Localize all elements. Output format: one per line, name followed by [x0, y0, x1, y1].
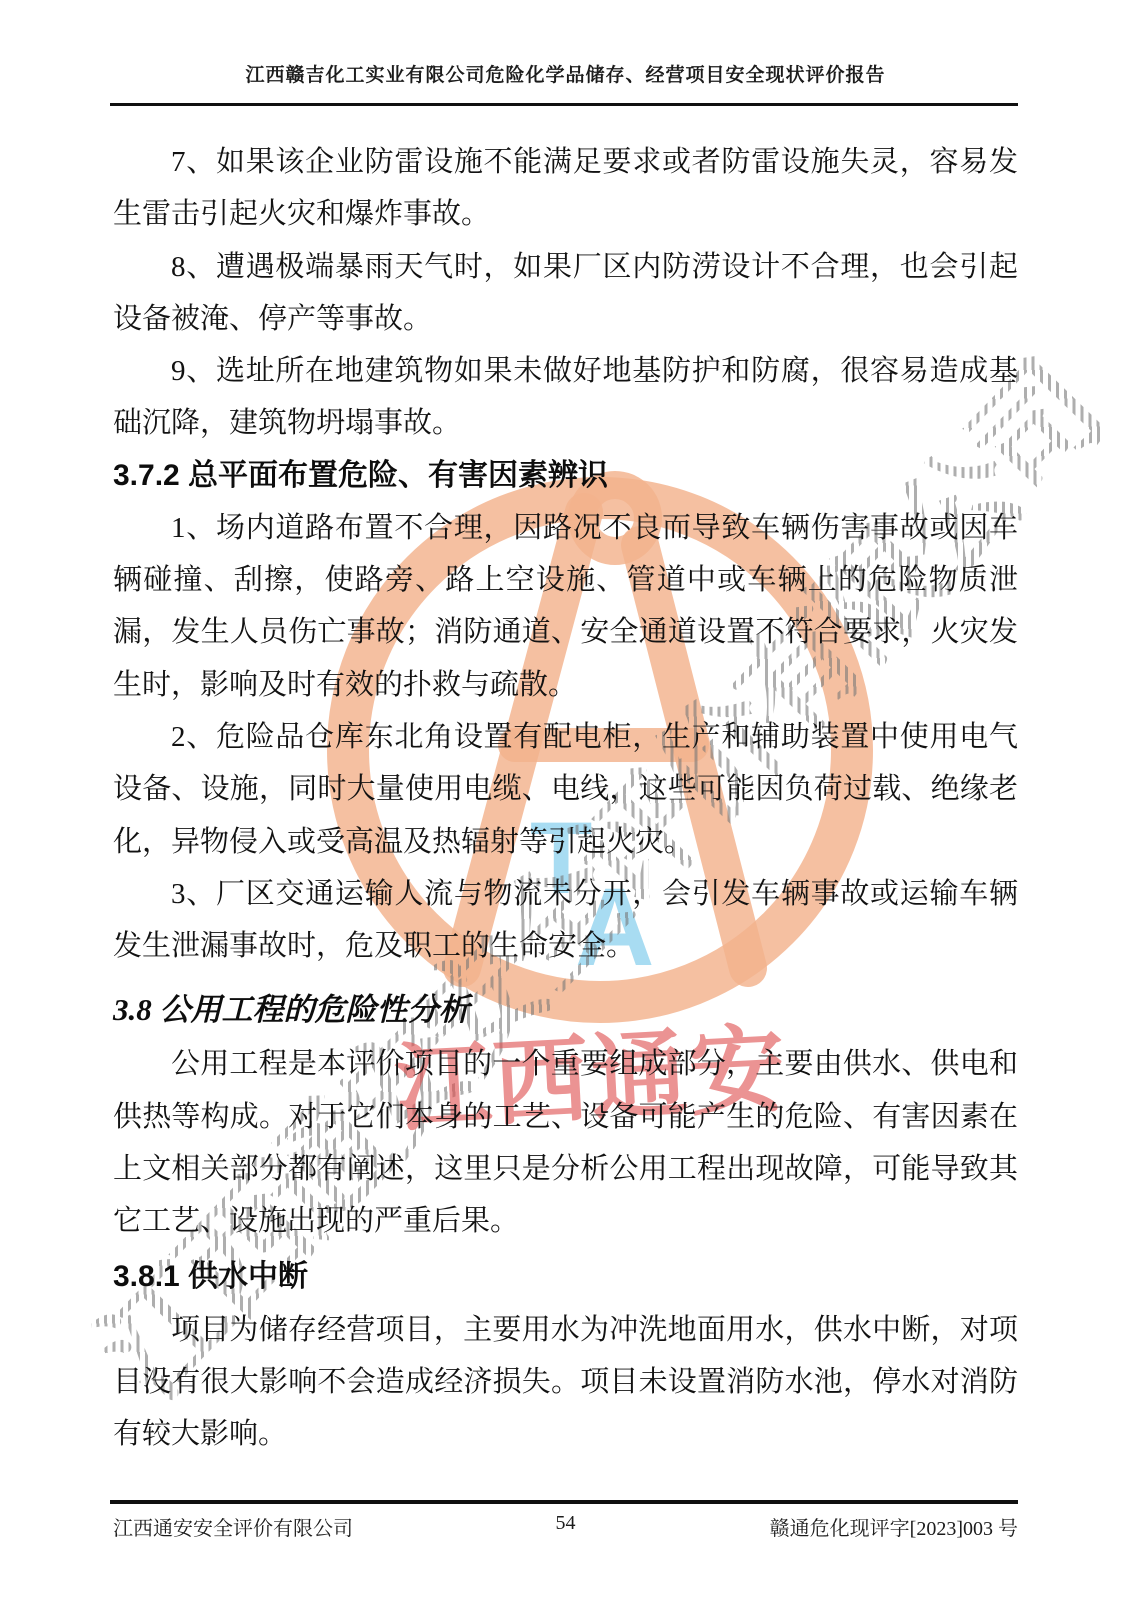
paragraph-1: 1、场内道路布置不合理，因路况不良而导致车辆伤害事故或因车辆碰撞、刮擦，使路旁、…: [113, 502, 1018, 711]
paragraph-8: 8、遭遇极端暴雨天气时，如果厂区内防涝设计不合理，也会引起设备被淹、停产等事故。: [113, 241, 1018, 346]
section-heading-3-7-2: 3.7.2 总平面布置危险、有害因素辨识: [113, 450, 1018, 502]
paragraph-3-8-1: 项目为储存经营项目，主要用水为冲洗地面用水，供水中断，对项目没有很大影响不会造成…: [113, 1304, 1018, 1461]
section-heading-3-8-1: 3.8.1 供水中断: [113, 1250, 1018, 1304]
paragraph-3-8: 公用工程是本评价项目的一个重要组成部分，主要由供水、供电和供热等构成。对于它们本…: [113, 1038, 1018, 1247]
paragraph-3: 3、厂区交通运输人流与物流未分开，会引发车辆事故或运输车辆发生泄漏事故时，危及职…: [113, 868, 1018, 973]
footer-doc-number: 赣通危化现评字[2023]003 号: [770, 1512, 1018, 1541]
page-footer: 江西通安安全评价有限公司 54 赣通危化现评字[2023]003 号: [113, 1512, 1018, 1542]
header-rule: [110, 103, 1018, 106]
paragraph-9: 9、选址所在地建筑物如果未做好地基防护和防腐，很容易造成基础沉降，建筑物坍塌事故…: [113, 345, 1018, 450]
content-layer: 江西赣吉化工实业有限公司危险化学品储存、经营项目安全现状评价报告 7、如果该企业…: [0, 0, 1131, 1600]
paragraph-7: 7、如果该企业防雷设施不能满足要求或者防雷设施失灵，容易发生雷击引起火灾和爆炸事…: [113, 136, 1018, 241]
document-page: T A 江西通安安全评价有限公司 江西通安 江西赣吉化工实业有限公司危险化学品储…: [0, 0, 1131, 1600]
document-body: 7、如果该企业防雷设施不能满足要求或者防雷设施失灵，容易发生雷击引起火灾和爆炸事…: [113, 136, 1018, 1461]
paragraph-2: 2、危险品仓库东北角设置有配电柜，生产和辅助装置中使用电气设备、设施，同时大量使…: [113, 711, 1018, 868]
footer-rule: [110, 1500, 1018, 1504]
section-heading-3-8: 3.8 公用工程的危险性分析: [113, 982, 1018, 1038]
page-header-title: 江西赣吉化工实业有限公司危险化学品储存、经营项目安全现状评价报告: [113, 60, 1018, 87]
